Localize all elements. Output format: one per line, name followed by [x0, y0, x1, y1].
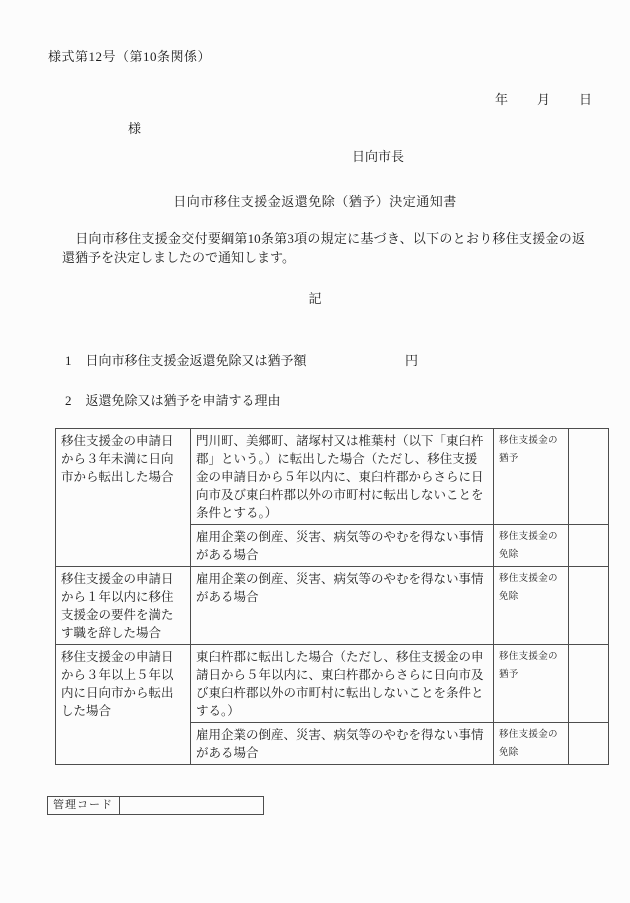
- reason-cell: 移住支援金の申請日から３年以上５年以内に日向市から転出した場合: [56, 645, 191, 765]
- table-row: 移住支援金の申請日から３年以上５年以内に日向市から転出した場合 東臼杵郡に転出し…: [56, 645, 609, 723]
- item-2-reason-heading: 2返還免除又は猶予を申請する理由: [65, 390, 281, 409]
- decision-cell: 移住支援金の猶予: [494, 645, 569, 723]
- record-marker: 記: [0, 288, 630, 307]
- case-cell: 雇用企業の倒産、災害、病気等のやむを得ない事情がある場合: [191, 567, 494, 645]
- decision-cell: 移住支援金の免除: [494, 723, 569, 765]
- item-1-label: 日向市移住支援金返還免除又は猶予額: [86, 353, 307, 368]
- mark-cell: [569, 525, 609, 567]
- sender-name: 日向市長: [352, 146, 404, 165]
- table-row: 移住支援金の申請日から１年以内に移住支援金の要件を満たす職を辞した場合 雇用企業…: [56, 567, 609, 645]
- notification-body: 日向市移住支援金交付要綱第10条第3項の規定に基づき、以下のとおり移住支援金の返…: [62, 229, 585, 267]
- addressee-honorific: 様: [128, 118, 141, 137]
- decision-cell: 移住支援金の免除: [494, 567, 569, 645]
- item-1-amount-line: 1日向市移住支援金返還免除又は猶予額円: [65, 350, 585, 369]
- table-row: 移住支援金の申請日から３年未満に日向市から転出した場合 門川町、美郷町、諸塚村又…: [56, 429, 609, 525]
- admin-code-box: 管理コード: [47, 796, 264, 815]
- mark-cell: [569, 567, 609, 645]
- case-cell: 雇用企業の倒産、災害、病気等のやむを得ない事情がある場合: [191, 525, 494, 567]
- document-title: 日向市移住支援金返還免除（猶予）決定通知書: [0, 191, 630, 210]
- reason-table: 移住支援金の申請日から３年未満に日向市から転出した場合 門川町、美郷町、諸塚村又…: [55, 428, 609, 765]
- decision-cell: 移住支援金の免除: [494, 525, 569, 567]
- reason-cell: 移住支援金の申請日から３年未満に日向市から転出した場合: [56, 429, 191, 567]
- admin-code-value: [120, 797, 263, 814]
- mark-cell: [569, 723, 609, 765]
- item-1-unit-yen: 円: [405, 350, 418, 369]
- item-2-label: 返還免除又は猶予を申請する理由: [86, 393, 281, 408]
- item-2-number: 2: [65, 393, 72, 409]
- case-cell: 雇用企業の倒産、災害、病気等のやむを得ない事情がある場合: [191, 723, 494, 765]
- document-page: 様式第12号（第10条関係） 年 月 日 様 日向市長 日向市移住支援金返還免除…: [0, 0, 630, 903]
- case-cell: 門川町、美郷町、諸塚村又は椎葉村（以下「東臼杵郡」という。）に転出した場合（ただ…: [191, 429, 494, 525]
- reason-cell: 移住支援金の申請日から１年以内に移住支援金の要件を満たす職を辞した場合: [56, 567, 191, 645]
- decision-cell: 移住支援金の猶予: [494, 429, 569, 525]
- date-line: 年 月 日: [495, 89, 593, 108]
- mark-cell: [569, 429, 609, 525]
- case-cell: 東臼杵郡に転出した場合（ただし、移住支援金の申請日から５年以内に、東臼杵郡からさ…: [191, 645, 494, 723]
- admin-code-label: 管理コード: [48, 797, 120, 814]
- item-1-number: 1: [65, 353, 72, 369]
- mark-cell: [569, 645, 609, 723]
- form-number: 様式第12号（第10条関係）: [48, 46, 211, 65]
